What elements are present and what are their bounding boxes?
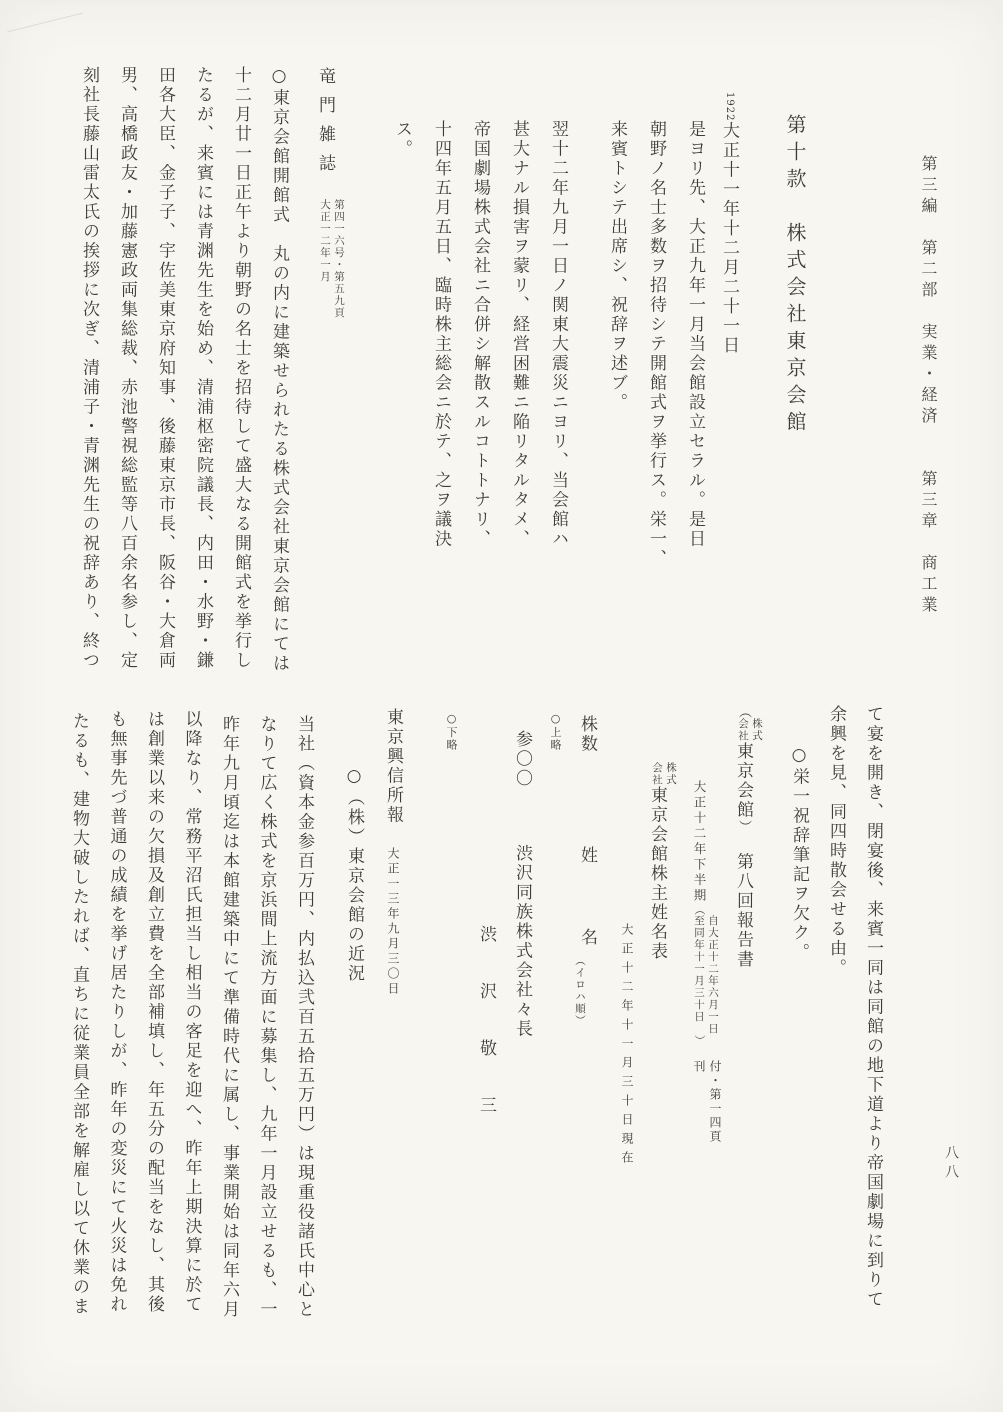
report-period-note: 大正十二年下半期︵自大正十二年六月一日至同年十一月三十日︶付・第一四頁刊 bbox=[678, 700, 723, 1325]
quote-line: 刻社長藤山雷太氏の挨拶に次ぎ、清浦子・青渊先生の祝辞あり、終つ bbox=[70, 62, 108, 684]
period-range-note: 自大正十二年六月一日至同年十一月三十日 bbox=[692, 915, 720, 1035]
quote-line: 十二月廿一日正午より朝野の名士を招待して盛大なる開館式を挙行し bbox=[222, 62, 260, 684]
source-title: 竜門雑誌 bbox=[315, 67, 335, 183]
japanese-date: 大正十一年十二月二十一日 bbox=[719, 121, 739, 355]
quote-line: ○東京会館開館式 丸の内に建築せられたる株式会社東京会館にては bbox=[260, 62, 298, 684]
paren-close: ︶ bbox=[693, 1035, 706, 1046]
company-type-right: 株式 bbox=[750, 718, 764, 742]
list-title-text: 東京会館株主姓名表 bbox=[647, 786, 667, 962]
source-title: 東京興信所報 bbox=[383, 708, 403, 825]
top-text-band: 第十款 株式会社東京会館 1922大正十一年十二月二十一日 是ヨリ先、大正九年一… bbox=[70, 62, 818, 684]
quote2-heading: ○︵株︶東京会館の近況 bbox=[334, 700, 374, 1325]
summary-line: 甚大ナル損害ヲ蒙リ、経営困難ニ陥リタルタメ、 bbox=[499, 62, 538, 684]
quote-line: も無事先づ普通の成績を挙げ居たりしが、昨年の変災にて火災は免れ bbox=[97, 700, 135, 1325]
table-header-column: 株数姓名︵イロハ順︶ bbox=[570, 700, 604, 1325]
period-to: 至同年十一月三十日 bbox=[692, 915, 706, 1035]
omitted-above-note: ○上略 bbox=[540, 700, 570, 1325]
quote-line: 当社︵資本金参百万円、内払込弐百五拾五万円︶は現重役諸氏中心と bbox=[285, 700, 323, 1325]
date-column: 1922大正十一年十二月二十一日 bbox=[714, 62, 744, 684]
summary-line: 是ヨリ先、大正九年一月当会館設立セラル。是日 bbox=[675, 62, 714, 684]
scan-artifact bbox=[7, 13, 83, 33]
quote-line: は創業以来の欠損及創立費を全部補填し、年五分の配当をなし、其後 bbox=[135, 700, 173, 1325]
section-heading: 第十款 株式会社東京会館 bbox=[772, 62, 818, 684]
col-name-label-2: 名 bbox=[577, 928, 597, 948]
quote-line: 男、高橋政友・加藤憲政両集総裁、赤池警視総監等八百余名参し、定 bbox=[108, 62, 146, 684]
shareholder-list-title: 株式会社東京会館株主姓名表 bbox=[640, 700, 678, 1325]
company-name: 東京会館 bbox=[733, 742, 753, 820]
company-type-note: 株式会社 bbox=[736, 718, 764, 742]
scanned-book-page: 第三編 第二部 実業・経済 第三章 商工業 八八 第十款 株式会社東京会館 19… bbox=[0, 0, 1003, 1412]
quote-line: 以降なり、常務平沼氏担当し相当の客足を迎へ、昨年上期決算に於て bbox=[172, 700, 210, 1325]
col-name-label-1: 姓 bbox=[577, 846, 597, 866]
paren-open: ︵ bbox=[693, 904, 706, 915]
paren-open: ︵ bbox=[736, 705, 751, 718]
report-period: 大正十二年下半期 bbox=[692, 780, 707, 904]
summary-line: 十四年五月五日、臨時株主総会ニ於テ、之ヲ議決 bbox=[421, 62, 460, 684]
editor-note: ○栄一祝辞筆記ヲ欠ク。 bbox=[780, 700, 817, 1325]
summary-line: ス。 bbox=[382, 62, 421, 684]
shareholder-row: 参〇〇渋沢同族株式会社々長 bbox=[504, 700, 540, 1325]
company-type-right: 株式 bbox=[664, 762, 678, 786]
source-citation-ryumon: 竜門雑誌第四一六号・第五九頁大正一二年一月 bbox=[304, 62, 346, 684]
source-date: 大正一三年九月三〇日 bbox=[386, 847, 400, 997]
col-shares-label: 株数 bbox=[577, 715, 597, 754]
quote-line: 田各大臣、金子子、宇佐美東京府知事、後藤東京市長、阪谷・大倉両 bbox=[146, 62, 184, 684]
western-year-label: 1922 bbox=[724, 92, 735, 121]
summary-line: 翌十二年九月一日ノ関東大震災ニヨリ、当会館ハ bbox=[538, 62, 577, 684]
bottom-text-band: て宴を開き、閉宴後、来賓一同は同館の地下道より帝国劇場に到りて 余興を見、同四時… bbox=[60, 700, 892, 1325]
report-title: 第八回報告書 bbox=[733, 833, 753, 970]
quote-line: 余興を見、同四時散会せる由。 bbox=[817, 700, 854, 1325]
quote-line: なりて広く株式を京浜間上流方面に募集し、九年一月設立せるも、一 bbox=[247, 700, 285, 1325]
omitted-below-note: ○下略 bbox=[434, 700, 468, 1325]
company-type-left: 会社 bbox=[650, 762, 664, 786]
source-citation-koshinjo: 東京興信所報大正一三年九月三〇日 bbox=[374, 700, 412, 1325]
source-issue: 第四一六号・第五九頁 bbox=[332, 199, 346, 319]
pub-mark: 刊 bbox=[691, 1060, 707, 1144]
paren-close: ︶ bbox=[736, 820, 751, 833]
running-head: 第三編 第二部 実業・経済 第三章 商工業 bbox=[917, 155, 940, 617]
source-issue-date: 大正一二年一月 bbox=[318, 199, 332, 319]
shareholder-name: 渋沢敬三 bbox=[468, 700, 504, 1325]
quote-line: 昨年九月頃迄は本館建築中にて準備時代に属し、事業開始は同年六月 bbox=[210, 700, 248, 1325]
scan-edge-shade bbox=[0, 0, 1003, 6]
row-shares-value: 参〇〇 bbox=[512, 730, 532, 789]
page-number: 八八 bbox=[941, 1145, 961, 1183]
company-type-left: 会社 bbox=[736, 718, 750, 742]
report-source-heading: ︵株式会社東京会館︶ 第八回報告書 bbox=[723, 700, 764, 1325]
quote-line: たるも、建物大破したれば、直ちに従業員全部を解雇し以て休業のま bbox=[60, 700, 98, 1325]
iroha-order-note: ︵イロハ順︶ bbox=[574, 955, 586, 1027]
summary-line: 朝野ノ名士多数ヲ招待シテ開館式ヲ挙行ス。栄一、 bbox=[636, 62, 675, 684]
summary-line: 帝国劇場株式会社ニ合併シ解散スルコトトナリ、 bbox=[460, 62, 499, 684]
row-holder-title: 渋沢同族株式会社々長 bbox=[512, 844, 532, 1039]
page-ref: 付・第一四頁 bbox=[707, 1060, 723, 1144]
company-type-note: 株式会社 bbox=[650, 762, 678, 786]
period-from: 自大正十二年六月一日 bbox=[706, 915, 720, 1035]
summary-line: 来賓トシテ出席シ、祝辞ヲ述ブ。 bbox=[597, 62, 636, 684]
source-issue-note: 第四一六号・第五九頁大正一二年一月 bbox=[318, 199, 346, 319]
quote-line: たるが、来賓には青渊先生を始め、清浦枢密院議長、内田・水野・鎌 bbox=[184, 62, 222, 684]
quote-line: て宴を開き、閉宴後、来賓一同は同館の地下道より帝国劇場に到りて bbox=[854, 700, 891, 1325]
list-asof-note: 大正十二年十一月三十日現在 bbox=[614, 700, 640, 1325]
pub-page-note: 付・第一四頁刊 bbox=[691, 1060, 723, 1144]
